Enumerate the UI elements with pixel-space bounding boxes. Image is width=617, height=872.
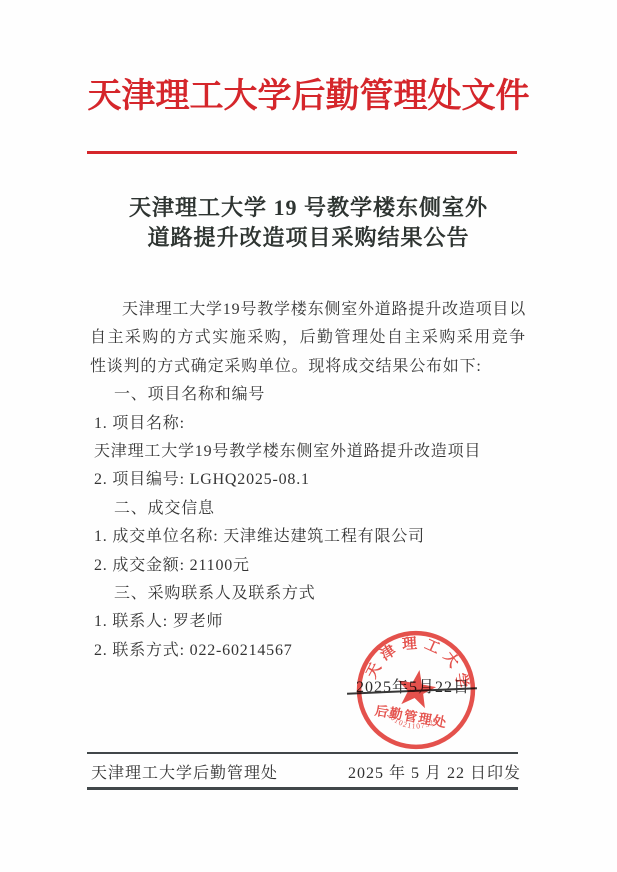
footer-issuer: 天津理工大学后勤管理处 <box>91 760 278 783</box>
org-title: 天津理工大学后勤管理处文件 <box>0 68 617 117</box>
intro-paragraph: 天津理工大学19号教学楼东侧室外道路提升改造项目以自主采购的方式实施采购，后勤管… <box>90 296 526 381</box>
body-line-section-1: 一、项目名称和编号 <box>90 381 526 409</box>
red-separator-rule <box>87 151 517 154</box>
document-page: 天津理工大学后勤管理处文件 天津理工大学 19 号教学楼东侧室外 道路提升改造项… <box>0 0 617 872</box>
doc-title: 天津理工大学 19 号教学楼东侧室外 道路提升改造项目采购结果公告 <box>60 193 557 253</box>
body-line-section-2: 二、成交信息 <box>90 495 526 523</box>
doc-title-line1: 天津理工大学 19 号教学楼东侧室外 <box>60 193 557 223</box>
body-line-item: 2. 项目编号: LGHQ2025-08.1 <box>90 466 526 494</box>
footer-print-date: 2025 年 5 月 22 日印发 <box>348 760 521 783</box>
star-icon <box>394 667 438 710</box>
body-line-item: 2. 成交金额: 21100元 <box>90 552 526 580</box>
body-line-item: 1. 成交单位名称: 天津维达建筑工程有限公司 <box>90 523 526 551</box>
body-line-project: 天津理工大学19号教学楼东侧室外道路提升改造项目 <box>90 438 526 466</box>
body-text: 天津理工大学19号教学楼东侧室外道路提升改造项目以自主采购的方式实施采购，后勤管… <box>90 296 526 665</box>
body-line-item: 1. 项目名称: <box>90 410 526 438</box>
doc-title-line2: 道路提升改造项目采购结果公告 <box>60 223 557 253</box>
official-seal: 天津理工大学 后勤管理处 1201021107526 <box>352 626 480 754</box>
footer-bottom-rule <box>87 787 518 790</box>
footer: 天津理工大学后勤管理处 2025 年 5 月 22 日印发 <box>91 760 521 783</box>
body-line-section-3: 三、采购联系人及联系方式 <box>90 580 526 608</box>
